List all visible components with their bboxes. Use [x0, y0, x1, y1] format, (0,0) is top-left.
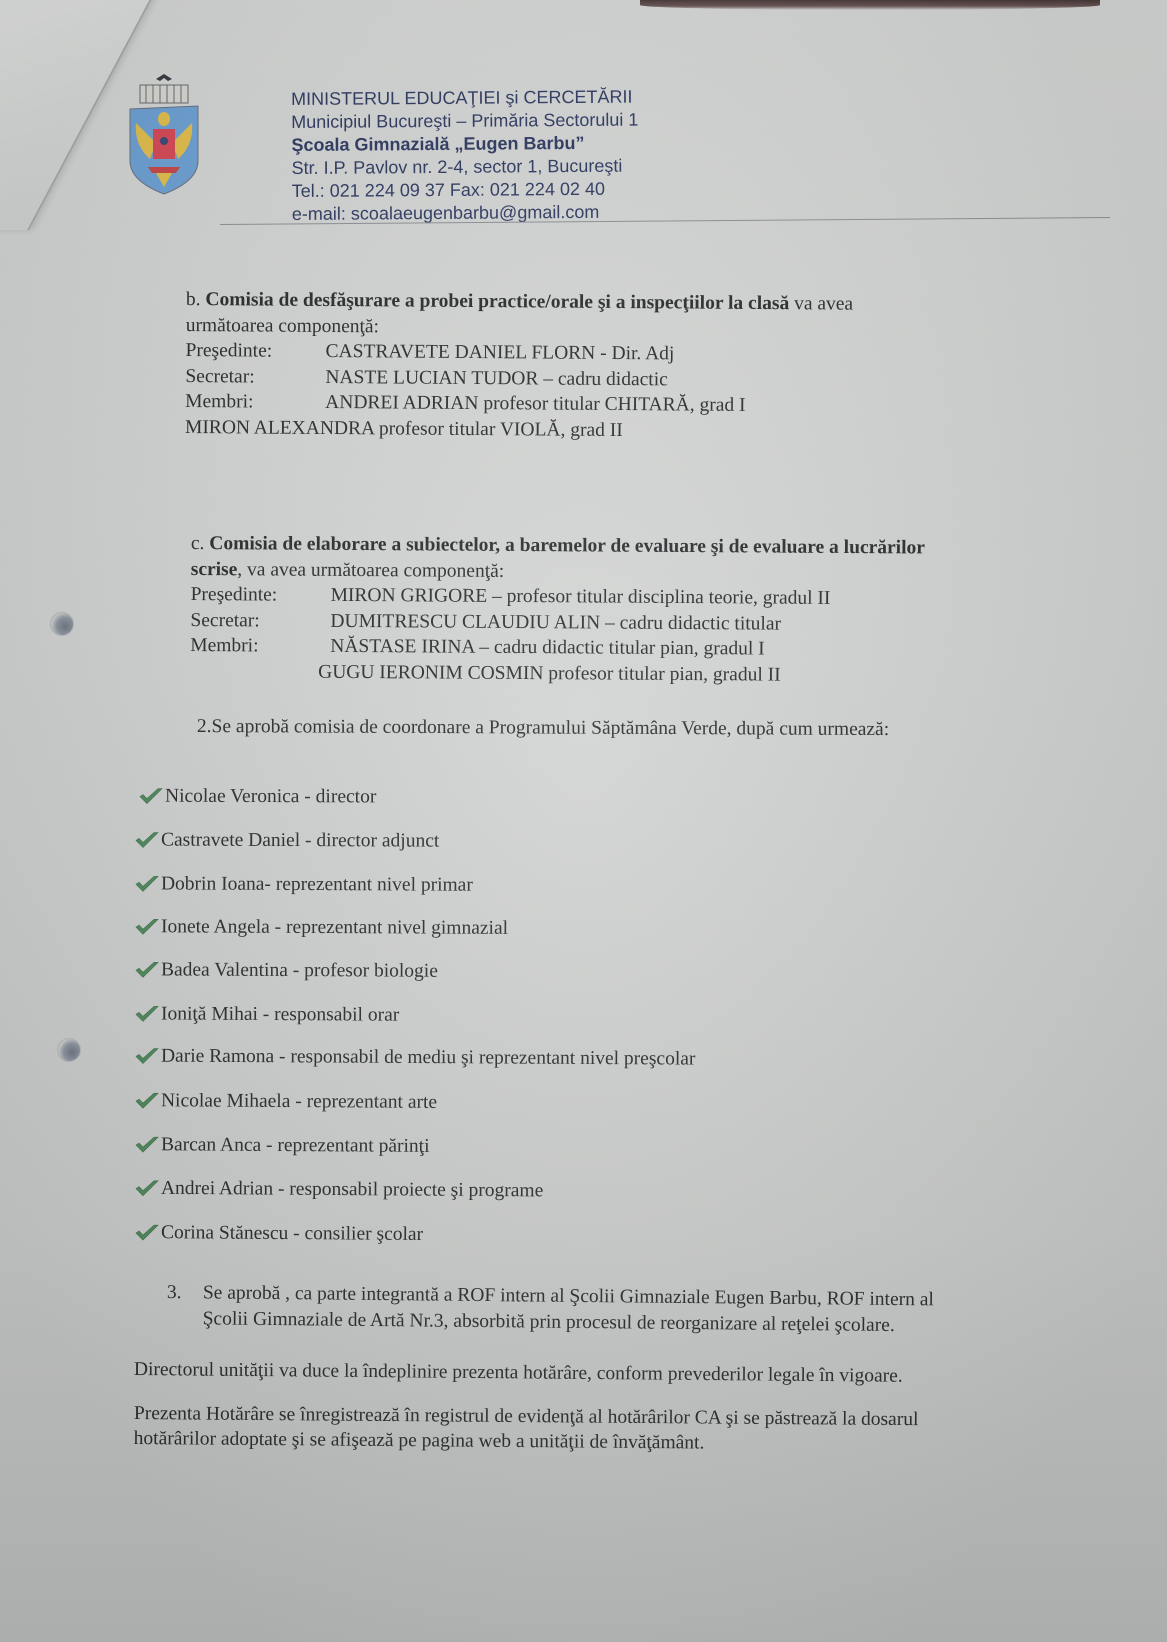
committee-member-text: Darie Ramona - responsabil de mediu şi r…: [161, 1046, 696, 1071]
document-page: MINISTERUL EDUCAŢIEI şi CERCETĂRII Munic…: [0, 0, 1167, 1642]
role-value: NĂSTASE IRINA – cadru didactic titular p…: [330, 634, 765, 662]
committee-member: Darie Ramona - responsabil de mediu şi r…: [134, 1045, 696, 1070]
section-c-title-line2: scrise: [191, 558, 238, 579]
committee-member: Nicolae Veronica - director: [138, 786, 376, 809]
committee-member: Ionete Angela - reprezentant nivel gimna…: [134, 916, 508, 940]
green-checkmark-icon: [134, 1091, 160, 1111]
green-checkmark-icon: [134, 1179, 160, 1199]
committee-member-text: Barcan Anca - reprezentant părinţi: [161, 1134, 430, 1158]
role-value: DUMITRESCU CLAUDIU ALIN – cadru didactic…: [330, 608, 781, 636]
committee-member: Dobrin Ioana- reprezentant nivel primar: [134, 873, 473, 896]
committee-member-text: Ioniţă Mihai - responsabil orar: [161, 1003, 399, 1026]
green-checkmark-icon: [134, 1135, 160, 1155]
section-c-extra-member: GUGU IERONIM COSMIN profesor titular pia…: [190, 658, 924, 688]
role-value: CASTRAVETE DANIEL FLORN - Dir. Adj: [325, 339, 674, 367]
committee-member: Andrei Adrian - responsabil proiecte şi …: [134, 1178, 543, 1203]
green-checkmark-icon: [134, 874, 160, 894]
committee-member: Ioniţă Mihai - responsabil orar: [134, 1003, 399, 1026]
school-phone-fax: Tel.: 021 224 09 37 Fax: 021 224 02 40: [292, 178, 639, 203]
section-b-prefix: b.: [186, 289, 206, 310]
committee-member-text: Dobrin Ioana- reprezentant nivel primar: [161, 873, 473, 896]
school-name: Şcoala Gimnazială „Eugen Barbu”: [291, 132, 638, 157]
ministry-name: MINISTERUL EDUCAŢIEI şi CERCETĂRII: [291, 86, 638, 111]
letterhead-header: MINISTERUL EDUCAŢIEI şi CERCETĂRII Munic…: [0, 0, 1167, 240]
item-2-text: 2.Se aprobă comisia de coordonare a Prog…: [197, 716, 889, 741]
section-c-title-line2-rest: , va avea următoarea componenţă:: [237, 559, 504, 582]
school-address: Str. I.P. Pavlov nr. 2-4, sector 1, Bucu…: [291, 155, 638, 180]
section-c-prefix: c.: [191, 533, 210, 554]
green-checkmark-icon: [134, 1046, 160, 1066]
committee-member: Corina Stănescu - consilier şcolar: [134, 1222, 423, 1246]
role-label: Preşedinte:: [185, 338, 325, 364]
role-label: Preşedinte:: [191, 582, 331, 608]
green-checkmark-icon: [138, 787, 164, 807]
role-value: MIRON GRIGORE – profesor titular discipl…: [331, 583, 831, 612]
punch-hole-icon: [57, 1038, 81, 1062]
green-checkmark-icon: [134, 830, 160, 850]
section-c-title: Comisia de elaborare a subiectelor, a ba…: [209, 533, 925, 558]
photo-vignette: [0, 0, 1167, 1642]
role-label: Secretar:: [190, 607, 330, 633]
committee-member-text: Nicolae Veronica - director: [165, 786, 376, 809]
committee-member-text: Ionete Angela - reprezentant nivel gimna…: [161, 916, 508, 940]
section-b-title: Comisia de desfăşurare a probei practice…: [205, 289, 789, 314]
committee-member: Nicolae Mihaela - reprezentant arte: [134, 1090, 437, 1114]
role-label: Membri:: [190, 633, 330, 659]
role-label: Membri:: [185, 389, 325, 415]
role-label: Secretar:: [185, 363, 325, 389]
role-value: NASTE LUCIAN TUDOR – cadru didactic: [325, 364, 668, 392]
green-checkmark-icon: [134, 917, 160, 937]
registry-statement: Prezenta Hotărâre se înregistrează în re…: [134, 1401, 919, 1457]
director-statement: Directorul unităţii va duce la îndeplini…: [134, 1359, 903, 1388]
municipality-name: Municipiul Bucureşti – Primăria Sectorul…: [291, 109, 638, 134]
punch-hole-icon: [50, 612, 74, 636]
committee-member-text: Badea Valentina - profesor biologie: [161, 959, 438, 982]
green-checkmark-icon: [134, 1223, 160, 1243]
section-b: b. Comisia de desfăşurare a probei pract…: [185, 287, 853, 445]
section-b-title-rest: va avea: [789, 293, 853, 314]
role-value: ANDREI ADRIAN profesor titular CHITARĂ, …: [325, 390, 745, 418]
section-c: c. Comisia de elaborare a subiectelor, a…: [190, 531, 925, 688]
item-3-number: 3.: [167, 1280, 203, 1306]
committee-member-text: Nicolae Mihaela - reprezentant arte: [161, 1090, 437, 1114]
letterhead-text: MINISTERUL EDUCAŢIEI şi CERCETĂRII Munic…: [291, 86, 639, 226]
green-checkmark-icon: [134, 1004, 160, 1024]
committee-member: Castravete Daniel - director adjunct: [134, 829, 439, 852]
bucharest-coat-of-arms-icon: [126, 73, 202, 195]
section-b-row: Membri:ANDREI ADRIAN profesor titular CH…: [185, 389, 852, 419]
green-checkmark-icon: [134, 960, 160, 980]
committee-member: Badea Valentina - profesor biologie: [134, 959, 438, 982]
committee-member-text: Andrei Adrian - responsabil proiecte şi …: [161, 1178, 543, 1203]
committee-member-text: Corina Stănescu - consilier şcolar: [161, 1222, 423, 1246]
committee-member-text: Castravete Daniel - director adjunct: [161, 830, 439, 853]
section-b-extra-member: MIRON ALEXANDRA profesor titular VIOLĂ, …: [185, 414, 852, 444]
section-c-row: Membri:NĂSTASE IRINA – cadru didactic ti…: [190, 633, 924, 663]
item-3-line1: Se aprobă , ca parte integrantă a ROF in…: [203, 1282, 934, 1310]
item-3: 3.Se aprobă , ca parte integrantă a ROF …: [167, 1280, 934, 1339]
committee-member: Barcan Anca - reprezentant părinţi: [134, 1134, 430, 1158]
